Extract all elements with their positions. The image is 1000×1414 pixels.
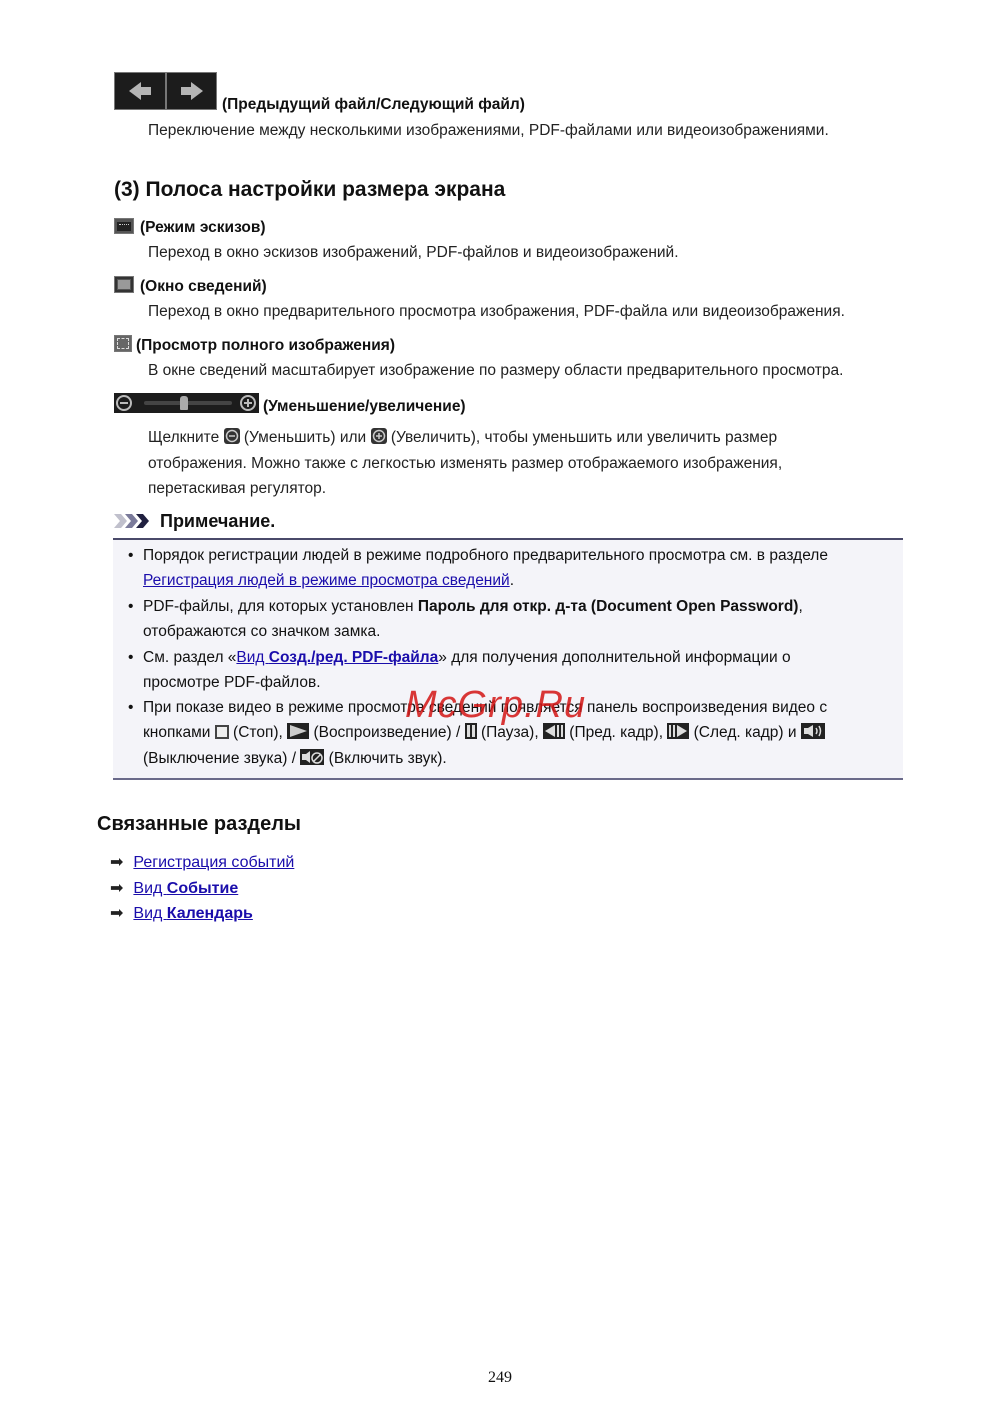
details-window-desc: Переход в окно предварительного просмотр… (148, 303, 845, 321)
details-window-title: (Окно сведений) (140, 278, 267, 296)
full-image-desc: В окне сведений масштабирует изображение… (148, 362, 843, 380)
arrow-right-icon: ➡ (110, 854, 123, 871)
zoom-desc: Щелкните (Уменьшить) или (Увеличить), чт… (148, 425, 782, 502)
thumbnail-mode-desc: Переход в окно эскизов изображений, PDF-… (148, 244, 679, 262)
sound-on-icon (801, 723, 825, 739)
full-image-icon (114, 335, 132, 352)
arrow-right-icon: ➡ (110, 880, 123, 897)
link-create-edit-pdf[interactable]: Вид Созд./ред. PDF-файла (236, 649, 438, 666)
related-links: ➡Регистрация событий ➡Вид Событие ➡Вид К… (110, 850, 294, 927)
zoom-slider-thumb (180, 396, 188, 410)
stop-icon (215, 725, 229, 739)
arrow-right-icon (167, 73, 217, 109)
details-window-icon (114, 276, 134, 293)
watermark: McGrp.Ru (405, 684, 586, 727)
zoom-title: (Уменьшение/увеличение) (263, 398, 466, 416)
related-link-3[interactable]: ➡Вид Календарь (110, 901, 294, 927)
zoom-out-icon (224, 428, 240, 444)
note-item-2: • PDF-файлы, для которых установлен Паро… (143, 594, 893, 645)
zoom-slider (114, 393, 259, 413)
note-title: Примечание. (160, 511, 275, 532)
arrow-right-icon: ➡ (110, 905, 123, 922)
prev-next-desc: Переключение между несколькими изображен… (148, 122, 829, 140)
related-link-2[interactable]: ➡Вид Событие (110, 876, 294, 902)
thumbnail-mode-icon (114, 218, 134, 234)
related-link-1[interactable]: ➡Регистрация событий (110, 850, 294, 876)
prev-next-title: (Предыдущий файл/Следующий файл) (222, 96, 525, 114)
zoom-in-icon (371, 428, 387, 444)
section-heading: (3) Полоса настройки размера экрана (114, 178, 505, 202)
sound-off-icon (300, 749, 324, 765)
note-chevrons-icon (114, 513, 158, 534)
prev-next-file-buttons (114, 72, 217, 110)
link-register-people[interactable]: Регистрация людей в режиме просмотра све… (143, 572, 510, 589)
play-icon (287, 723, 309, 739)
related-heading: Связанные разделы (97, 813, 301, 836)
thumbnail-mode-title: (Режим эскизов) (140, 219, 266, 237)
page-number: 249 (488, 1369, 512, 1387)
note-item-1: • Порядок регистрации людей в режиме под… (143, 543, 893, 594)
note-box: • Порядок регистрации людей в режиме под… (113, 538, 903, 780)
next-frame-icon (667, 723, 689, 739)
full-image-title: (Просмотр полного изображения) (136, 337, 395, 355)
arrow-left-icon (115, 73, 167, 109)
